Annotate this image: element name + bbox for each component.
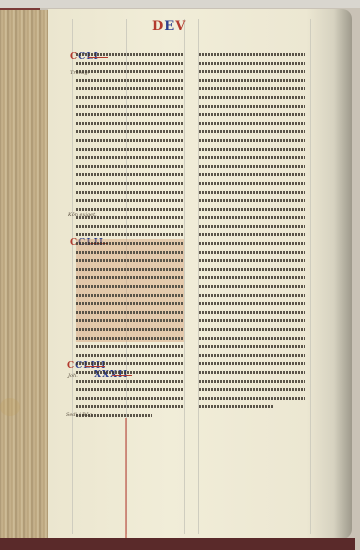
text-line: [76, 84, 184, 93]
binding-bottom: [0, 538, 355, 550]
text-line: [76, 76, 184, 85]
text-line: [199, 291, 305, 300]
text-line: [199, 273, 305, 282]
text-line: [199, 368, 305, 377]
text-line: [76, 119, 184, 128]
text-line: [76, 213, 184, 222]
text-line: [76, 50, 184, 59]
text-line: [199, 50, 305, 59]
stain: [0, 398, 20, 416]
text-line: [199, 385, 305, 394]
text-line: [199, 196, 305, 205]
text-line: [199, 188, 305, 197]
manuscript-photo: DEV CCLI Transg. Kōn exiget. CCLII CCLII…: [0, 0, 360, 550]
text-line: [76, 93, 184, 102]
text-line: [76, 299, 184, 308]
text-line: [199, 145, 305, 154]
text-line: [76, 385, 184, 394]
ruling-line: [184, 19, 185, 534]
text-line: [76, 351, 184, 360]
text-line: [199, 265, 305, 274]
text-line: [199, 119, 305, 128]
text-column-right: [199, 50, 305, 410]
text-line: [199, 308, 305, 317]
text-line: [76, 342, 184, 351]
text-line: [76, 59, 184, 68]
text-line: [76, 377, 184, 386]
text-line: [199, 248, 305, 257]
text-line: [199, 351, 305, 360]
text-line: [76, 110, 184, 119]
text-line: [199, 394, 305, 403]
text-line: [76, 222, 184, 231]
ruling-line: [72, 19, 73, 534]
text-line: [199, 59, 305, 68]
text-line: [76, 316, 184, 325]
text-line: [76, 179, 184, 188]
text-line: [76, 67, 184, 76]
text-line: [199, 136, 305, 145]
page-stack-edge: [0, 10, 48, 540]
text-line: [76, 325, 184, 334]
text-column-left: [76, 50, 184, 422]
text-line: [76, 359, 184, 368]
running-head: DEV: [152, 19, 186, 34]
text-line: [199, 127, 305, 136]
text-line: [76, 230, 184, 239]
text-line: [199, 84, 305, 93]
text-line: [76, 127, 184, 136]
text-line: [199, 76, 305, 85]
text-line: [76, 188, 184, 197]
text-line: [199, 110, 305, 119]
ruling-line: [310, 19, 311, 534]
text-line: [76, 136, 184, 145]
text-line: [199, 299, 305, 308]
text-line: [199, 93, 305, 102]
text-line: [199, 179, 305, 188]
text-line: [199, 213, 305, 222]
text-line: [76, 282, 184, 291]
text-line: [199, 239, 305, 248]
text-line: [76, 291, 184, 300]
text-line: [199, 162, 305, 171]
text-line: [76, 402, 184, 411]
text-line: [199, 282, 305, 291]
text-line: [199, 316, 305, 325]
text-line: [199, 377, 305, 386]
text-line: [199, 102, 305, 111]
text-line: [76, 411, 152, 420]
text-line: [76, 196, 184, 205]
text-line: [76, 308, 184, 317]
text-line: [199, 170, 305, 179]
text-line: [76, 265, 184, 274]
text-line: [199, 342, 305, 351]
text-line: [199, 359, 305, 368]
text-line: [76, 205, 184, 214]
decorated-initial-stroke: [125, 418, 127, 538]
text-line: [199, 230, 305, 239]
text-line: [199, 67, 305, 76]
text-line: [76, 162, 184, 171]
page-curve-shadow: [334, 9, 352, 539]
text-line: [76, 368, 184, 377]
text-line: [76, 170, 184, 179]
text-line: [76, 334, 184, 343]
text-line: [199, 153, 305, 162]
text-line: [199, 325, 305, 334]
text-line: [76, 239, 184, 248]
text-line: [199, 402, 273, 410]
text-line: [76, 248, 184, 257]
text-line: [76, 273, 184, 282]
text-line: [199, 334, 305, 343]
text-line: [199, 222, 305, 231]
text-line: [76, 102, 184, 111]
text-line: [76, 153, 184, 162]
book-top-edge: [0, 0, 360, 8]
text-line: [76, 256, 184, 265]
text-line: [199, 205, 305, 214]
text-line: [76, 394, 184, 403]
text-line: [199, 256, 305, 265]
text-line: [76, 145, 184, 154]
